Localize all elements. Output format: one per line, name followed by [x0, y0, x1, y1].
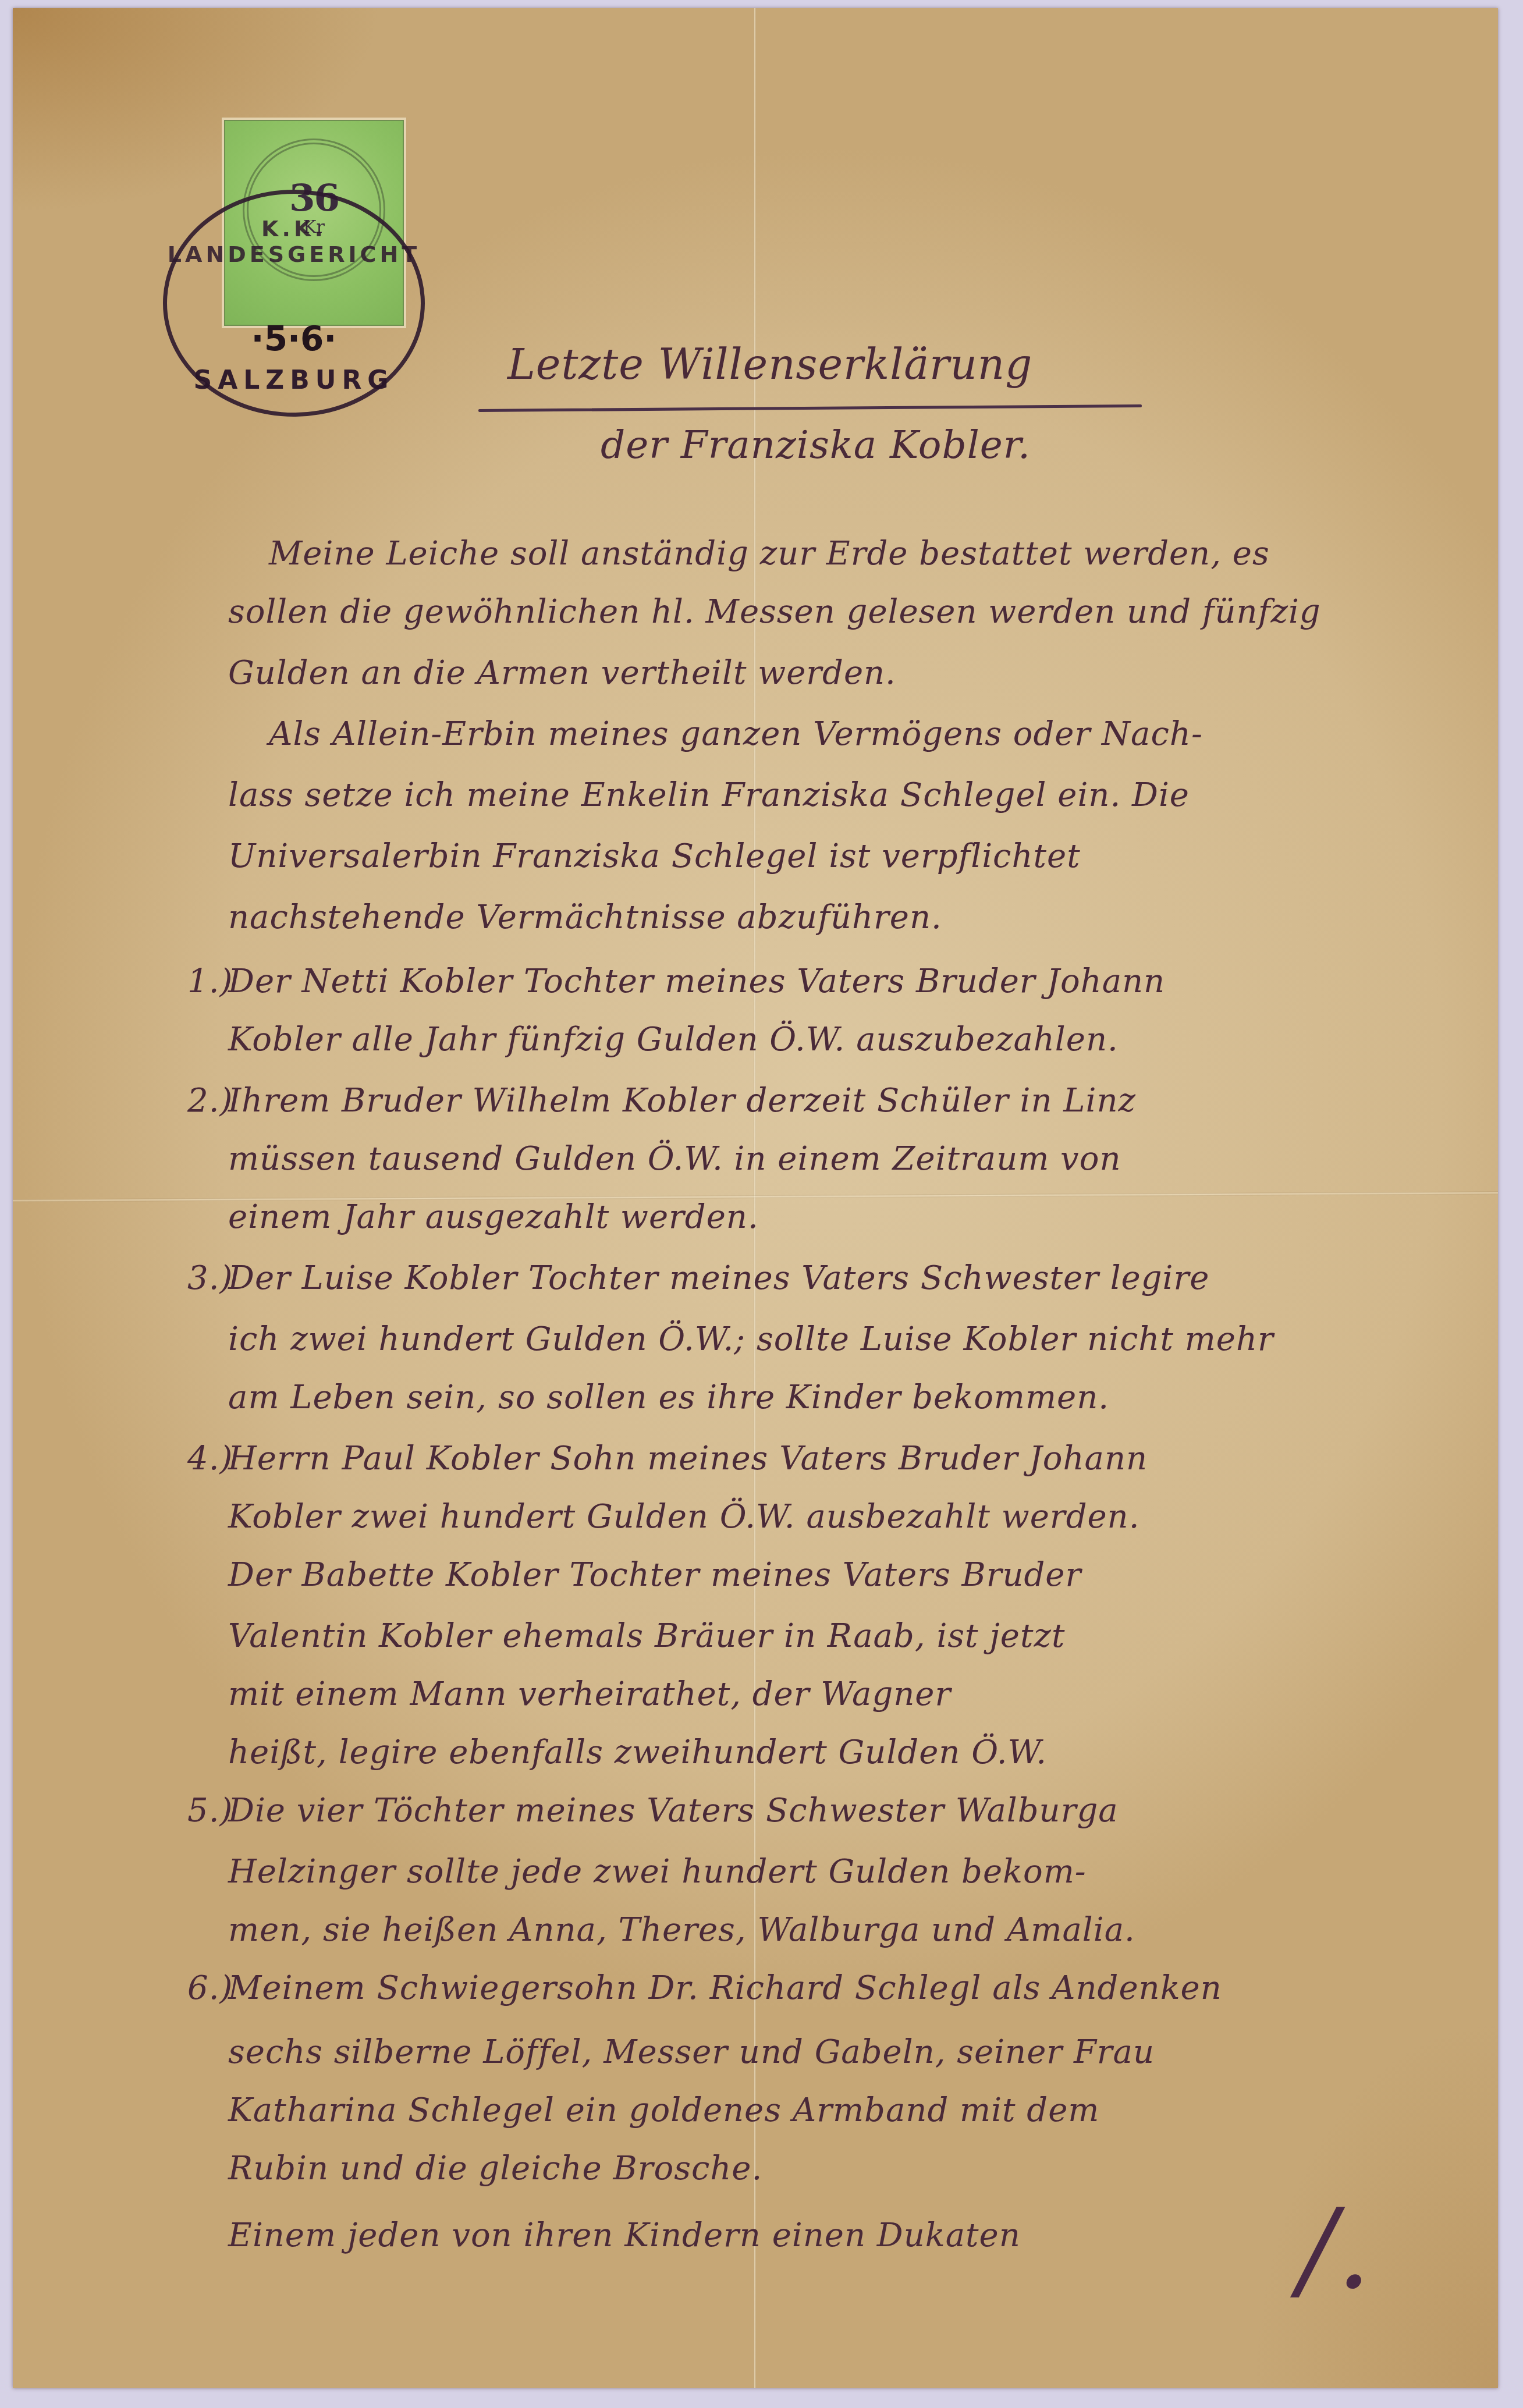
body-line: Der Babette Kobler Tochter meines Vaters…	[228, 1556, 1081, 1594]
body-line: Die vier Töchter meines Vaters Schwester…	[228, 1792, 1119, 1830]
body-line: Herrn Paul Kobler Sohn meines Vaters Bru…	[228, 1440, 1148, 1478]
body-line: einem Jahr ausgezahlt werden.	[228, 1198, 759, 1236]
body-line: lass setze ich meine Enkelin Franziska S…	[228, 776, 1190, 814]
body-line: Ihrem Bruder Wilhelm Kobler derzeit Schü…	[228, 1082, 1136, 1120]
title-underline	[478, 404, 1142, 412]
item-number: 6.)	[187, 1969, 233, 2007]
body-line: Der Luise Kobler Tochter meines Vaters S…	[228, 1259, 1209, 1297]
body-line: Als Allein-Erbin meines ganzen Vermögens…	[269, 715, 1203, 753]
body-line: ich zwei hundert Gulden Ö.W.; sollte Lui…	[228, 1320, 1274, 1358]
body-line: sechs silberne Löffel, Messer und Gabeln…	[228, 2033, 1155, 2071]
body-line: Meine Leiche soll anständig zur Erde bes…	[269, 535, 1270, 573]
body-line: am Leben sein, so sollen es ihre Kinder …	[228, 1379, 1109, 1416]
body-line: Helzinger sollte jede zwei hundert Gulde…	[228, 1853, 1087, 1891]
item-number: 5.)	[187, 1792, 233, 1830]
item-number: 2.)	[187, 1082, 233, 1120]
body-line: Der Netti Kobler Tochter meines Vaters B…	[228, 963, 1165, 1000]
body-line: Universalerbin Franziska Schlegel ist ve…	[228, 837, 1081, 875]
body-line: nachstehende Vermächtnisse abzuführen.	[228, 898, 942, 936]
body-line: mit einem Mann verheirathet, der Wagner	[228, 1675, 951, 1713]
body-line: Rubin und die gleiche Brosche.	[228, 2150, 762, 2187]
body-line: Valentin Kobler ehemals Bräuer in Raab, …	[228, 1617, 1065, 1655]
body-line: Meinem Schwiegersohn Dr. Richard Schlegl…	[228, 1969, 1222, 2007]
item-number: 4.)	[187, 1440, 233, 1478]
postmark-bottom-text: SALZBURG	[167, 365, 421, 395]
document-subtitle: der Franziska Kobler.	[601, 422, 1031, 467]
body-line: Gulden an die Armen vertheilt werden.	[228, 654, 896, 692]
body-line: Katharina Schlegel ein goldenes Armband …	[228, 2091, 1099, 2129]
court-postmark: K.K. LANDESGERICHT ·5·6· SALZBURG	[163, 190, 425, 417]
body-line: müssen tausend Gulden Ö.W. in einem Zeit…	[228, 1140, 1121, 1178]
postmark-date: ·5·6·	[167, 319, 421, 358]
document-page: 36 Kr K.K. LANDESGERICHT ·5·6· SALZBURG …	[13, 8, 1498, 2388]
body-line: Kobler alle Jahr fünfzig Gulden Ö.W. aus…	[228, 1021, 1119, 1059]
body-line: Einem jeden von ihren Kindern einen Duka…	[228, 2217, 1021, 2254]
continuation-mark: /.	[1299, 2185, 1371, 2313]
document-title: Letzte Willenserklärung	[507, 340, 1032, 389]
body-line: sollen die gewöhnlichen hl. Messen geles…	[228, 593, 1321, 631]
body-line: heißt, legire ebenfalls zweihundert Guld…	[228, 1734, 1047, 1771]
item-number: 3.)	[187, 1259, 233, 1297]
body-line: men, sie heißen Anna, Theres, Walburga u…	[228, 1911, 1135, 1949]
postmark-top-text: K.K. LANDESGERICHT	[167, 216, 421, 267]
body-line: Kobler zwei hundert Gulden Ö.W. ausbezah…	[228, 1498, 1139, 1536]
item-number: 1.)	[187, 963, 233, 1000]
